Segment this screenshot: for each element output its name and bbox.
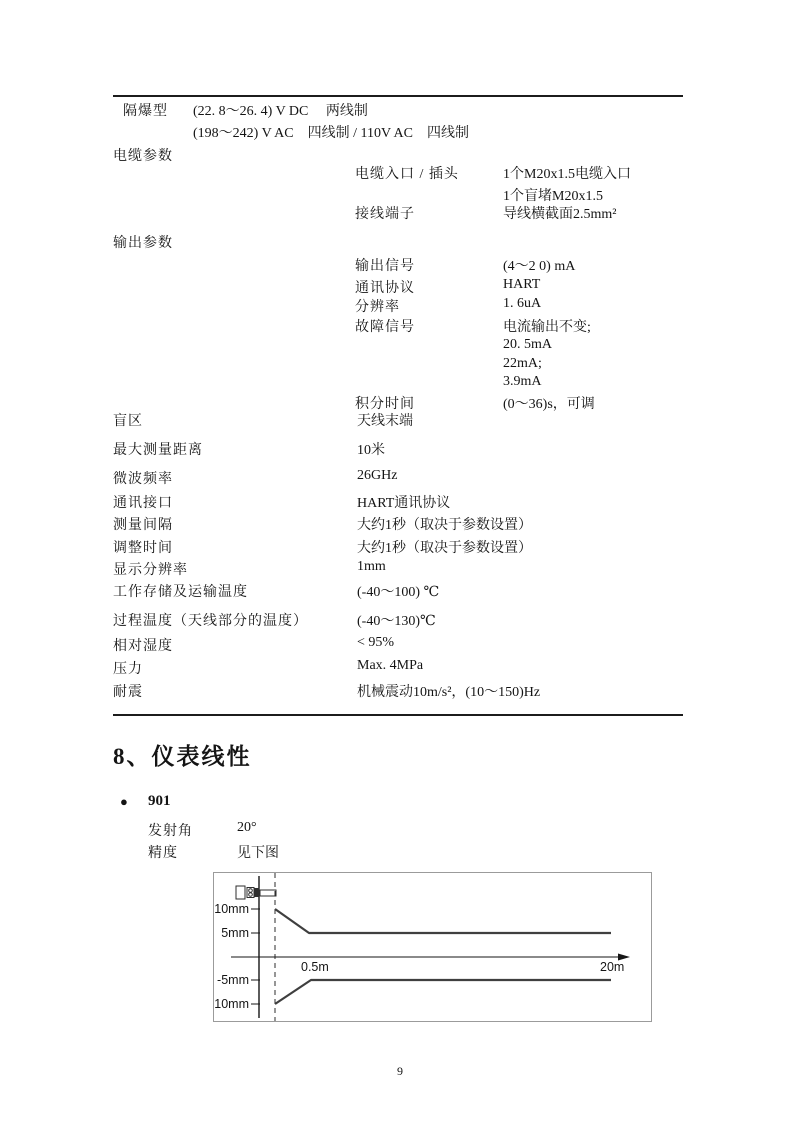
x-tick-label: 0.5m [301, 960, 329, 974]
spec-value: 10米 [357, 439, 385, 459]
spec-group-label: 输出参数 [113, 232, 173, 252]
spec-row: 积分时间 (0～36)s，可调 [0, 393, 800, 410]
spec-row: 22mA; [0, 356, 800, 373]
y-tick-label: 10mm [214, 902, 249, 916]
spec-row: 通讯协议 HART [0, 277, 800, 294]
item-label: 精度 [148, 842, 178, 862]
document-page: 隔爆型 (22. 8～26. 4) V DC 两线制 (198～242) V A… [0, 0, 800, 1131]
spec-sublabel: 故障信号 [355, 316, 415, 336]
spec-label: 盲区 [113, 410, 143, 430]
item-label: 发射角 [148, 820, 193, 840]
spec-row: 盲区 天线末端 [0, 410, 800, 427]
spec-row: 20. 5mA [0, 337, 800, 354]
spec-row: 耐震 机械震动10m/s²，(10～150)Hz [0, 681, 800, 698]
spec-row: 电缆入口 / 插头 1个M20x1.5电缆入口 [0, 163, 800, 180]
spec-value: (-40～100) ℃ [357, 581, 439, 601]
spec-sublabel: 电缆入口 / 插头 [355, 163, 459, 183]
spec-row: 接线端子 导线横截面2.5mm² [0, 203, 800, 220]
spec-row: 3.9mA [0, 374, 800, 391]
accuracy-chart-svg: 10mm 5mm -5mm -10mm 0.5m 20m [214, 873, 651, 1021]
spec-value: 机械震动10m/s²，(10～150)Hz [357, 681, 540, 701]
spec-row: 隔爆型 (22. 8～26. 4) V DC 两线制 [0, 100, 800, 117]
spec-value: 电流输出不变; [503, 316, 591, 336]
x-tick-label: 20m [600, 960, 624, 974]
spec-row: 电缆参数 [0, 145, 800, 162]
spec-label: 显示分辨率 [113, 559, 188, 579]
table-border-bottom [113, 714, 683, 716]
spec-label: 压力 [113, 658, 143, 678]
section-heading: 8、仪表线性 [113, 738, 252, 771]
spec-value: 1个盲堵M20x1.5 [503, 185, 603, 205]
spec-value: 1mm [357, 559, 386, 575]
spec-row: 1个盲堵M20x1.5 [0, 185, 800, 202]
spec-value: 3.9mA [503, 374, 542, 390]
spec-row: 故障信号 电流输出不变; [0, 316, 800, 333]
spec-row: 输出参数 [0, 232, 800, 249]
spec-value: 大约1秒（取决于参数设置） [357, 537, 532, 557]
spec-sublabel: 通讯协议 [355, 277, 415, 297]
spec-value: 20. 5mA [503, 337, 552, 353]
spec-value: Max. 4MPa [357, 658, 423, 674]
table-border-top [113, 95, 683, 97]
spec-row: 工作存储及运输温度 (-40～100) ℃ [0, 581, 800, 598]
spec-label: 工作存储及运输温度 [113, 581, 248, 601]
spec-row: (198～242) V AC 四线制 / 110V AC 四线制 [0, 122, 800, 139]
spec-value: (4～2 0) mA [503, 255, 575, 275]
spec-label: 耐震 [113, 681, 143, 701]
spec-label: 调整时间 [113, 537, 173, 557]
spec-row: 过程温度（天线部分的温度） (-40～130)℃ [0, 610, 800, 627]
item-value: 见下图 [237, 842, 279, 862]
sensor-icon [236, 886, 276, 899]
y-tick-label: -5mm [217, 973, 249, 987]
spec-value: 天线末端 [357, 410, 413, 430]
item-row: 精度 见下图 [0, 842, 800, 859]
spec-value: < 95% [357, 635, 394, 651]
y-tick-label: 5mm [221, 926, 249, 940]
spec-value: 大约1秒（取决于参数设置） [357, 514, 532, 534]
y-tick-label: -10mm [214, 997, 249, 1011]
spec-row: 微波频率 26GHz [0, 468, 800, 485]
spec-label: 测量间隔 [113, 514, 173, 534]
bullet-icon: ● [120, 794, 128, 810]
spec-value: 1. 6uA [503, 296, 541, 312]
spec-value: (198～242) V AC 四线制 / 110V AC 四线制 [193, 122, 469, 142]
item-value: 20° [237, 820, 257, 836]
spec-label: 最大测量距离 [113, 439, 203, 459]
spec-row: 压力 Max. 4MPa [0, 658, 800, 675]
spec-label: 隔爆型 [123, 100, 168, 120]
spec-row: 相对湿度 < 95% [0, 635, 800, 652]
spec-label: 通讯接口 [113, 492, 173, 512]
spec-row: 调整时间 大约1秒（取决于参数设置） [0, 537, 800, 554]
spec-value: 22mA; [503, 356, 542, 372]
upper-error-line [275, 909, 611, 933]
item-row: 发射角 20° [0, 820, 800, 837]
spec-group-label: 电缆参数 [113, 145, 173, 165]
spec-sublabel: 输出信号 [355, 255, 415, 275]
spec-row: 最大测量距离 10米 [0, 439, 800, 456]
spec-row: 通讯接口 HART通讯协议 [0, 492, 800, 509]
item-901-title: 901 [148, 793, 171, 810]
spec-row: 显示分辨率 1mm [0, 559, 800, 576]
spec-value: HART [503, 277, 540, 293]
spec-sublabel: 分辨率 [355, 296, 400, 316]
spec-value: (-40～130)℃ [357, 610, 436, 630]
spec-sublabel: 接线端子 [355, 203, 415, 223]
page-number: 9 [0, 1064, 800, 1079]
spec-value: (22. 8～26. 4) V DC 两线制 [193, 100, 368, 120]
spec-value: 1个M20x1.5电缆入口 [503, 163, 631, 183]
spec-label: 相对湿度 [113, 635, 173, 655]
spec-row: 测量间隔 大约1秒（取决于参数设置） [0, 514, 800, 531]
spec-label: 过程温度（天线部分的温度） [113, 610, 308, 630]
accuracy-chart: 10mm 5mm -5mm -10mm 0.5m 20m [213, 872, 652, 1022]
spec-label: 微波频率 [113, 468, 173, 488]
spec-row: 输出信号 (4～2 0) mA [0, 255, 800, 272]
spec-row: 分辨率 1. 6uA [0, 296, 800, 313]
spec-value: 26GHz [357, 468, 397, 484]
spec-value: 导线横截面2.5mm² [503, 203, 616, 223]
lower-error-line [275, 980, 611, 1004]
spec-value: HART通讯协议 [357, 492, 450, 512]
